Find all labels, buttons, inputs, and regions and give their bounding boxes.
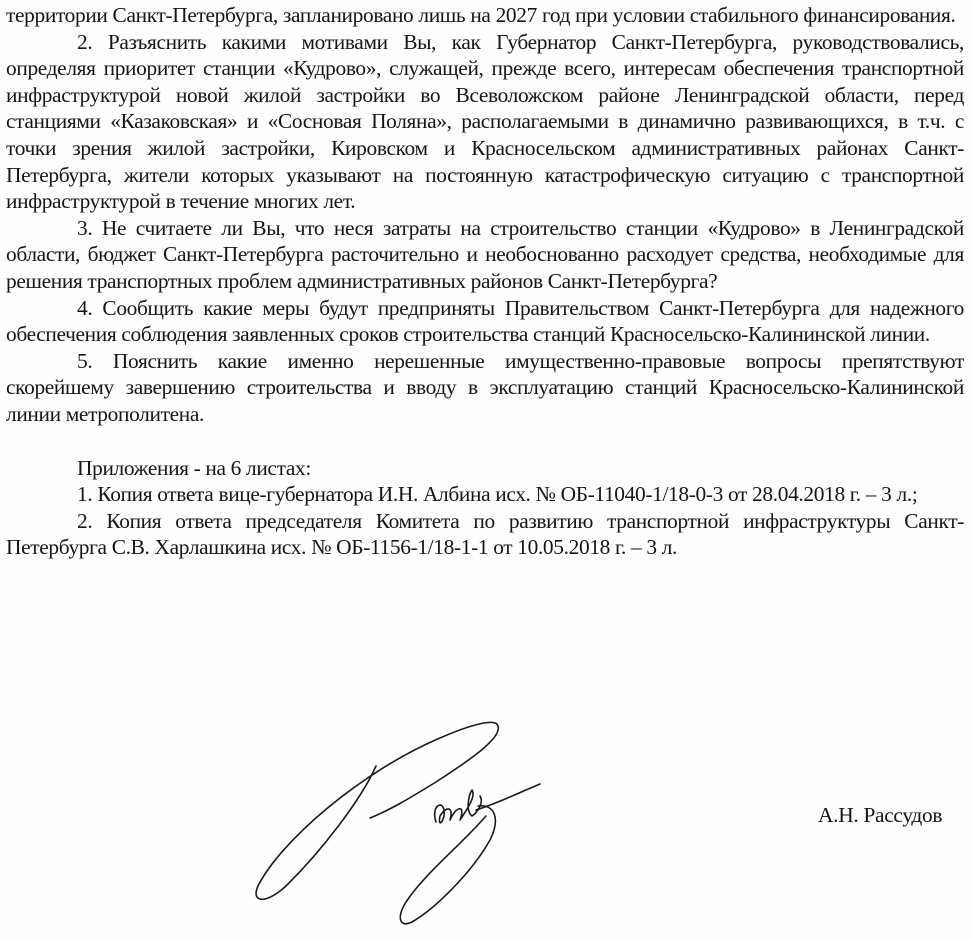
paragraph-item-4: 4. Сообщить какие меры будут предприняты… [6,295,964,348]
document-page: территории Санкт-Петербурга, запланирова… [0,0,972,939]
paragraph-item-3: 3. Не считаете ли Вы, что неся затраты н… [6,215,964,295]
handwritten-signature-icon [240,712,560,939]
signer-name: А.Н. Рассудов [818,803,942,828]
paragraph-continuation: территории Санкт-Петербурга, запланирова… [6,2,964,29]
attachments-heading: Приложения - на 6 листах: [6,455,964,482]
attachment-item-1: 1. Копия ответа вице-губернатора И.Н. Ал… [6,481,964,508]
attachments-section: Приложения - на 6 листах: 1. Копия ответ… [6,455,964,561]
paragraph-item-2: 2. Разъяснить какими мотивами Вы, как Гу… [6,29,964,215]
document-body: территории Санкт-Петербурга, запланирова… [6,2,964,561]
attachment-item-2: 2. Копия ответа председателя Комитета по… [6,508,964,561]
paragraph-item-5: 5. Пояснить какие именно нерешенные имущ… [6,348,964,428]
spacer [6,428,964,455]
